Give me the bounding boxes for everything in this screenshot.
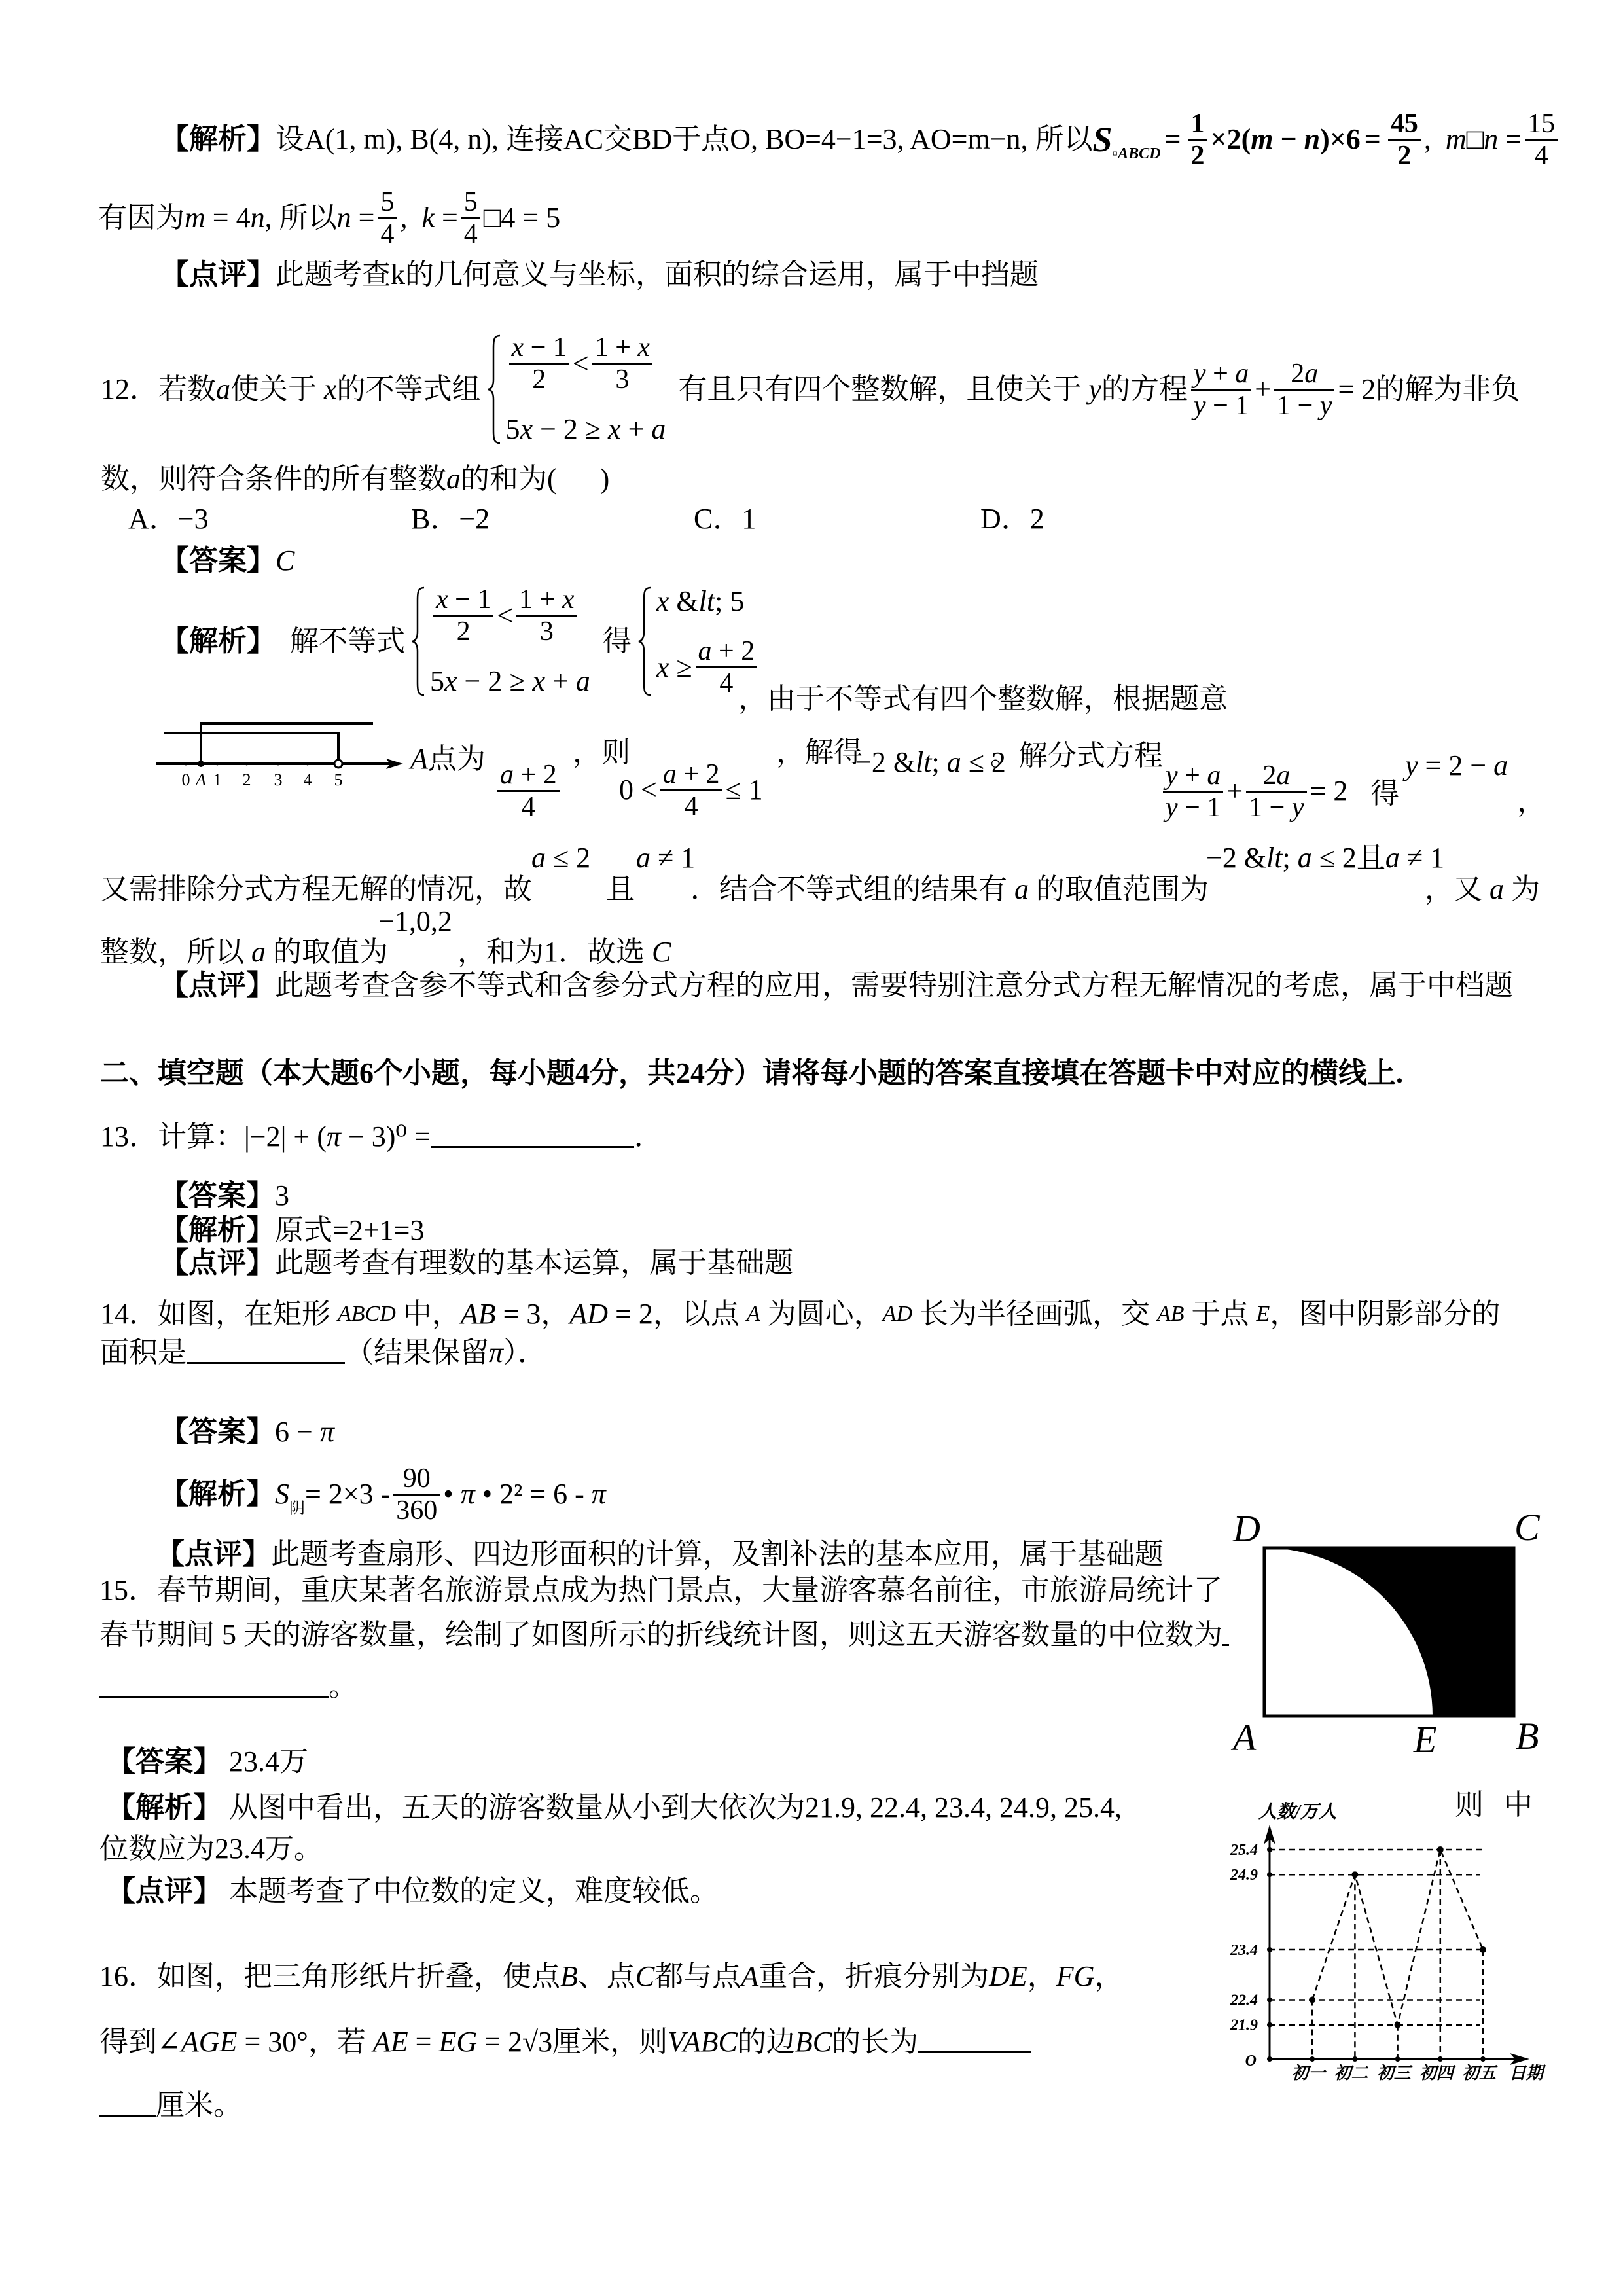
comment-label: 【点评】: [107, 1876, 222, 1907]
fraction-denominator: 4: [497, 792, 560, 821]
variable: B: [560, 1961, 578, 1992]
answer-blank: [1222, 1624, 1229, 1646]
q12-point-a-value: a + 24: [494, 758, 563, 823]
text: ，以点: [653, 1299, 747, 1330]
math-expression: ×2(m − n)×6: [1211, 124, 1361, 155]
tick-label: 5: [334, 770, 343, 789]
q12-solution-line1: 【解析】 解不等式 x − 12 < 1 + x3 5x − 2 ≥ x + a…: [160, 576, 766, 707]
operator: +: [1226, 776, 1243, 807]
y-tick-label: 22.4: [1230, 1992, 1258, 2009]
text: ，: [1094, 1961, 1123, 1992]
system-rows: x − 12 < 1 + x3 5x − 2 ≥ x + a: [502, 334, 666, 445]
variable: AD: [883, 1299, 912, 1330]
text: ，又: [1425, 874, 1489, 905]
fraction: a + 24: [497, 761, 560, 821]
q12-integer-values: −1,0,2: [378, 889, 452, 954]
text: , 所以: [265, 202, 337, 234]
fraction: a + 24: [660, 761, 722, 820]
tick-label: 2: [243, 770, 251, 789]
variable: a: [1014, 874, 1029, 905]
variable: C: [635, 1961, 654, 1992]
tick-dot: [245, 762, 249, 766]
fraction: 12: [1188, 110, 1207, 170]
q12-comment: 【点评】 此题考查含参不等式和含参分式方程的应用，需要特别注意分式方程无解情况的…: [160, 953, 1513, 1018]
tick-dot: [306, 762, 310, 766]
text: 重合，折痕分别为: [758, 1961, 989, 1992]
vertex-label-d: D: [1232, 1507, 1260, 1550]
math-expression: m = 4n: [185, 202, 265, 234]
tick-label: 3: [274, 770, 283, 789]
fraction-numerator: x − 1: [433, 586, 493, 617]
y-tick-label: 23.4: [1230, 1942, 1258, 1959]
operator: <: [497, 600, 513, 632]
q12-range2: −2 &lt; a ≤ 2且a ≠ 1: [1206, 825, 1444, 891]
fraction-numerator: a + 2: [660, 761, 722, 791]
filled-point-icon: [198, 761, 204, 767]
text: 的长为: [832, 2026, 918, 2058]
inequality-system: x − 12 < 1 + x3 5x − 2 ≥ x + a: [410, 586, 590, 697]
option-value: 1: [741, 503, 756, 535]
q11-comment: 【点评】 此题考查k的几何意义与坐标，面积的综合运用，属于中挡题: [160, 242, 1039, 308]
text-segment: 。解分式方程: [990, 723, 1163, 789]
fraction-numerator: y + a: [1191, 360, 1251, 391]
q12-option-c: C．1: [694, 486, 756, 552]
equals-sign: =: [1160, 124, 1185, 155]
math-expression: AD = 2: [569, 1299, 653, 1330]
variable: E: [1257, 1299, 1270, 1330]
fraction-numerator: 2a: [1246, 762, 1306, 793]
text: 厘米，则: [552, 2026, 668, 2058]
text-segment: 又需排除分式方程无解的情况，故: [100, 857, 532, 922]
area-symbol: S: [275, 1479, 289, 1510]
text: 于点: [1185, 1299, 1257, 1330]
text: 又需排除分式方程无解的情况，故: [100, 874, 532, 905]
x-category-label: 初三: [1377, 2064, 1413, 2083]
fraction-denominator: 1 − y: [1274, 391, 1334, 420]
option-label: D．: [980, 503, 1030, 535]
data-point: [1309, 1996, 1315, 2003]
comment-text: 此题考查含参不等式和含参分式方程的应用，需要特别注意分式方程无解情况的考虑，属于…: [275, 970, 1513, 1001]
q12-equation-solution: y = 2 − a: [1405, 733, 1508, 798]
variable: DE: [989, 1961, 1027, 1992]
solution-label: 【解析】: [160, 124, 276, 155]
left-brace-icon: [486, 334, 502, 445]
data-point: [1351, 1871, 1358, 1878]
q12-option-d: D．2: [980, 486, 1044, 552]
q14-stem-line2: 面积是 （结果保留 π ）．: [100, 1320, 546, 1386]
inequality-system: x − 12 < 1 + x3 5x − 2 ≥ x + a: [486, 334, 666, 445]
x-category-label: 初五: [1462, 2064, 1498, 2083]
text: 得: [596, 626, 632, 657]
fraction-numerator: 1 + x: [592, 334, 652, 365]
answer-label: 【答案】: [107, 1746, 222, 1778]
text: 的方程: [1101, 374, 1188, 405]
q12-range1: −2 &lt; a ≤ 2: [855, 730, 1006, 795]
answer-label: 【答案】: [160, 1416, 275, 1448]
fraction: y + ay − 1: [1191, 360, 1251, 420]
text: 点为: [428, 744, 486, 775]
fraction-numerator: 90: [393, 1465, 440, 1496]
answer-value: 23.4万: [222, 1746, 308, 1778]
variable: a: [216, 374, 230, 405]
text: ，: [1027, 1961, 1056, 1992]
q11-solution-line1: 【解析】 设A(1, m), B(4, n), 连接AC交BD于点O, BO=4…: [160, 107, 1561, 172]
fraction: x − 12: [433, 586, 493, 645]
text: 、点: [578, 1961, 635, 1992]
tick-dot: [216, 762, 219, 766]
q12-condition2: a ≠ 1: [636, 825, 695, 891]
data-point: [1395, 2022, 1401, 2028]
section-heading: 二、填空题（本大题6个小题，每小题4分，共24分）请将每小题的答案直接填在答题卡…: [100, 1041, 1403, 1106]
fraction-denominator: 3: [592, 365, 652, 393]
q12-stem-line1: 12．若数 a 使关于 x 的不等式组 x − 12 < 1 + x3 5x −…: [101, 324, 1520, 455]
text: 12．若数: [101, 374, 216, 405]
answer-blank: [187, 1342, 345, 1364]
fraction: 54: [378, 188, 397, 248]
option-value: 2: [1030, 503, 1044, 535]
math-expression: x &lt; 5: [656, 586, 744, 617]
q16-stem-line3: 厘米。: [99, 2073, 242, 2138]
variable: A: [410, 744, 428, 775]
area-subscript: ▫ABCD: [1113, 138, 1161, 170]
fraction-numerator: 5: [461, 188, 480, 219]
variable: a: [1489, 874, 1504, 905]
text: 厘米。: [156, 2090, 242, 2121]
data-line: [1312, 1850, 1483, 2025]
q13-stem: 13．计算： |−2| + (π − 3)⁰ = ．: [100, 1104, 663, 1170]
variable: A: [747, 1299, 760, 1330]
answer-blank: [918, 2031, 1031, 2053]
variable: AB: [1157, 1299, 1185, 1330]
math-expression: y = 2 − a: [1405, 750, 1508, 781]
fraction-numerator: 2a: [1274, 360, 1334, 391]
system-row: 5x − 2 ≥ x + a: [506, 414, 666, 445]
area-subscript: 阴: [289, 1493, 305, 1524]
point-label-e: E: [1413, 1718, 1436, 1761]
text: ，: [1517, 786, 1546, 817]
math-expression: □4 = 5: [484, 202, 560, 234]
text: 有且只有四个整数解，且使关于: [671, 374, 1088, 405]
fraction-numerator: a + 2: [497, 761, 560, 792]
y-axis-label: 人数/万人: [1258, 1802, 1337, 1822]
math-expression: AE = EG = 2√3: [373, 2026, 552, 2058]
fraction: 154: [1525, 110, 1558, 170]
text-segment: ．结合不等式组的结果有 a 的取值范围为: [690, 857, 1209, 922]
text-segment: ，解得: [776, 720, 863, 785]
math-expression: 5x − 2 ≥ x + a: [430, 666, 590, 697]
y-tick-label: 21.9: [1230, 2017, 1258, 2034]
vertex-label-c: C: [1514, 1506, 1541, 1549]
q15-comment: 【点评】 本题考查了中位数的定义，难度较低。: [107, 1859, 719, 1924]
text-segment: 得: [1370, 761, 1399, 827]
text: 有因为: [98, 202, 185, 234]
option-label: C．: [694, 503, 741, 535]
fraction: x − 12: [509, 334, 569, 393]
text: 。解分式方程: [990, 740, 1163, 772]
solution-text: 从图中看出，五天的游客数量从小到大依次为21.9, 22.4, 23.4, 24…: [222, 1792, 1122, 1823]
q14-answer: 【答案】 6 − π: [160, 1399, 334, 1465]
exam-page: 【解析】 设A(1, m), B(4, n), 连接AC交BD于点O, BO=4…: [0, 0, 1623, 2296]
text: 为: [1504, 874, 1540, 905]
comment-text: 此题考查k的几何意义与坐标，面积的综合运用，属于中挡题: [276, 259, 1039, 291]
fraction-numerator: x − 1: [509, 334, 569, 365]
x-category-label: 初一: [1291, 2064, 1327, 2083]
text-segment: ，又 a 为: [1425, 857, 1540, 922]
comment-text: 本题考查了中位数的定义，难度较低。: [222, 1876, 719, 1907]
left-brace-icon: [637, 586, 652, 697]
system-rows: x − 12 < 1 + x3 5x − 2 ≥ x + a: [426, 586, 590, 697]
solution-text: 设A(1, m), B(4, n), 连接AC交BD于点O, BO=4−1=3,…: [276, 124, 1093, 155]
option-value: −2: [459, 503, 490, 535]
system-row: x &lt; 5: [656, 586, 760, 617]
fraction-numerator: y + a: [1163, 762, 1223, 793]
equals-sign: =: [1361, 124, 1385, 155]
text: ．结合不等式组的结果有: [690, 874, 1014, 905]
origin-label: O: [1245, 2053, 1257, 2070]
q16-stem-line1: 16．如图，把三角形纸片折叠，使点 B 、点 C 都与点 A 重合，折痕分别为 …: [99, 1944, 1123, 2009]
text: 13．计算：: [100, 1121, 244, 1153]
math-expression: 0 <: [619, 774, 657, 806]
math-expression: −2 &lt; a ≤ 2且a ≠ 1: [1206, 842, 1444, 874]
text: 得: [1370, 778, 1399, 810]
text: 都与点: [654, 1961, 741, 1992]
q11-solution-line2: 有因为 m = 4n , 所以 n = 54 , k = 54 □4 = 5: [98, 185, 560, 251]
solution-label: 【解析】: [160, 1479, 275, 1510]
operator: <: [573, 348, 589, 380]
fraction: 54: [461, 188, 480, 248]
math-expression: 5x − 2 ≥ x + a: [506, 414, 666, 445]
fraction: 1 + x3: [516, 586, 577, 645]
text: （结果保留: [345, 1337, 489, 1369]
option-label: B．: [411, 503, 459, 535]
shaded-region: [1264, 1548, 1514, 1716]
tick-dot: [277, 762, 280, 766]
math-expression: a ≤ 2: [531, 842, 590, 874]
text: 且: [606, 874, 635, 905]
vertex-label-b: B: [1516, 1715, 1539, 1757]
fraction-denominator: 1 − y: [1246, 793, 1306, 821]
fraction: 2a1 − y: [1274, 360, 1334, 420]
y-tick-label: 25.4: [1230, 1842, 1258, 1859]
text: 长为半径画弧，交: [912, 1299, 1157, 1330]
fraction-numerator: 1 + x: [516, 586, 577, 617]
math-expression: x ≥: [656, 652, 692, 683]
text-segment: 且: [606, 857, 635, 922]
fraction-numerator: 5: [378, 188, 397, 219]
text: 的解为非负: [1376, 374, 1520, 405]
q14-solution: 【解析】 S 阴 = 2×3 - 90360 • π • 2² = 6 - π: [160, 1462, 606, 1527]
math-expression: = 2: [1338, 374, 1376, 405]
variable: π: [489, 1337, 503, 1369]
fraction-denominator: 4: [660, 791, 722, 820]
tick-label: 4: [304, 770, 312, 789]
math-expression: = 2×3 -: [305, 1479, 390, 1510]
q12-point-a-text: A 点为: [410, 726, 486, 792]
fraction-denominator: y − 1: [1191, 391, 1251, 420]
math-expression: VABC: [668, 2026, 738, 2058]
vertex-label-a: A: [1230, 1716, 1257, 1759]
answer-value: 6 − π: [275, 1416, 334, 1448]
answer-blank: [431, 1126, 634, 1148]
answer-blank: [99, 2094, 156, 2117]
area-symbol: S: [1093, 124, 1113, 155]
math-expression: BC: [795, 2026, 832, 2058]
hollow-point-icon: [334, 760, 342, 768]
math-expression: |−2| + (π − 3)⁰ =: [244, 1121, 431, 1153]
text: ，图中阴影部分的: [1270, 1299, 1500, 1330]
tick-dot: [185, 762, 188, 766]
system-row: x − 12 < 1 + x3: [506, 334, 666, 393]
solution-label: 【解析】: [160, 626, 276, 657]
text: 16．如图，把三角形纸片折叠，使点: [99, 1961, 560, 1992]
text: 得到: [99, 2026, 157, 2058]
text: 春节期间 5 天的游客数量，绘制了如图所示的折线统计图，则这五天游客数量的中位数…: [99, 1619, 1222, 1651]
tick-label: 0: [182, 770, 190, 789]
answer-blank: [99, 1676, 329, 1698]
data-point: [1480, 1946, 1486, 1953]
text: 的不等式组: [337, 374, 481, 405]
variable: FG: [1056, 1961, 1095, 1992]
fraction-denominator: y − 1: [1163, 793, 1223, 821]
left-brace-icon: [410, 586, 426, 697]
text: ，若: [308, 2026, 373, 2058]
math-expression: n =: [337, 202, 375, 234]
variable: y: [1088, 374, 1101, 405]
number-line-diagram: 0 A 1 2 3 4 5: [144, 707, 419, 792]
q12-condition1: a ≤ 2: [531, 825, 590, 891]
q12-inequality: 0 < a + 24 ≤ 1: [619, 757, 763, 823]
math-expression: ≤ 1: [726, 774, 763, 806]
math-expression: , m□n =: [1424, 124, 1522, 155]
text: 15．春节期间，重庆某著名旅游景点成为热门景点，大量游客慕名前往，市旅游局统计了: [99, 1575, 1222, 1606]
math-expression: a ≠ 1: [636, 842, 695, 874]
comment-label: 【点评】: [160, 970, 275, 1001]
text: 使关于: [230, 374, 324, 405]
fraction-denominator: 2: [509, 365, 569, 393]
variable: x: [324, 374, 337, 405]
fraction: 90360: [393, 1465, 440, 1524]
text-segment: ，: [1517, 769, 1546, 834]
text: 面积是: [100, 1337, 187, 1369]
q15-stem-line3: 。: [99, 1654, 357, 1719]
q12-option-b: B．−2: [411, 486, 490, 552]
math-expression: −2 &lt; a ≤ 2: [855, 747, 1006, 778]
fraction-denominator: 2: [1188, 141, 1207, 170]
fraction-numerator: 15: [1525, 110, 1558, 141]
q16-stem-line2: 得到 ∠AGE = 30° ，若 AE = EG = 2√3 厘米，则 VABC…: [99, 2009, 1031, 2075]
tick-label: 1: [213, 770, 222, 789]
fraction: 1 + x3: [592, 334, 652, 393]
fraction-numerator: 45: [1388, 110, 1421, 141]
fraction-denominator: 4: [1525, 141, 1558, 170]
x-axis-label: 日期: [1509, 2064, 1546, 2083]
fraction: 452: [1388, 110, 1421, 170]
text: 的取值范围为: [1029, 874, 1209, 905]
fraction-denominator: 3: [516, 617, 577, 645]
math-expression: ∠AGE = 30°: [157, 2026, 308, 2058]
answer-value: C: [276, 545, 294, 577]
fraction-denominator: 2: [433, 617, 493, 645]
text: ，由于不等式有四个整数解，根据题意: [738, 683, 1228, 715]
rectangle-figure: D C A E B: [1230, 1505, 1558, 1780]
text: ，解得: [776, 737, 863, 768]
fraction-numerator: 1: [1188, 110, 1207, 141]
q12-fraction-equation: y + ay − 1 + 2a1 − y = 2: [1160, 759, 1347, 824]
fraction-denominator: 360: [393, 1496, 440, 1524]
x-category-label: 初四: [1419, 2064, 1456, 2083]
text: 为圆心，: [760, 1299, 883, 1330]
math-expression: , k =: [400, 202, 457, 234]
fraction-denominator: 2: [1388, 141, 1421, 170]
solution-range-lower: [164, 733, 338, 759]
data-point: [1437, 1846, 1444, 1853]
y-tick-label: 24.9: [1230, 1867, 1258, 1884]
system-row: x − 12 < 1 + x3: [430, 586, 590, 645]
math-expression: −1,0,2: [378, 906, 452, 937]
math-expression: = 2: [1310, 776, 1348, 807]
origin-dot: [1267, 2056, 1272, 2062]
fraction: 2a1 − y: [1246, 762, 1306, 821]
text: 的边: [738, 2026, 795, 2058]
comment-label: 【点评】: [160, 1247, 275, 1279]
solution-range-upper: [201, 723, 373, 764]
text: ．: [634, 1121, 663, 1153]
answer-label: 【答案】: [160, 545, 276, 577]
comment-text: 此题考查有理数的基本运算，属于基础题: [275, 1247, 793, 1279]
x-category-label: 初二: [1334, 2064, 1368, 2083]
fraction-numerator: a + 2: [696, 637, 758, 668]
tourist-line-chart: 21.922.423.424.925.4初一初二初三初四初五O人数/万人日期: [1211, 1793, 1558, 2121]
text: 解不等式: [276, 626, 405, 657]
operator: +: [1255, 374, 1271, 405]
text: ）．: [503, 1337, 546, 1369]
fraction: y + ay − 1: [1163, 762, 1223, 821]
variable: A: [741, 1961, 758, 1992]
section-title: 二、填空题（本大题6个小题，每小题4分，共24分）请将每小题的答案直接填在答题卡…: [100, 1058, 1403, 1089]
system-row: 5x − 2 ≥ x + a: [430, 666, 590, 697]
math-expression: • π • 2² = 6 - π: [443, 1479, 606, 1510]
comment-label: 【点评】: [160, 259, 276, 291]
tick-label: A: [194, 770, 206, 789]
text: 。: [329, 1671, 357, 1702]
